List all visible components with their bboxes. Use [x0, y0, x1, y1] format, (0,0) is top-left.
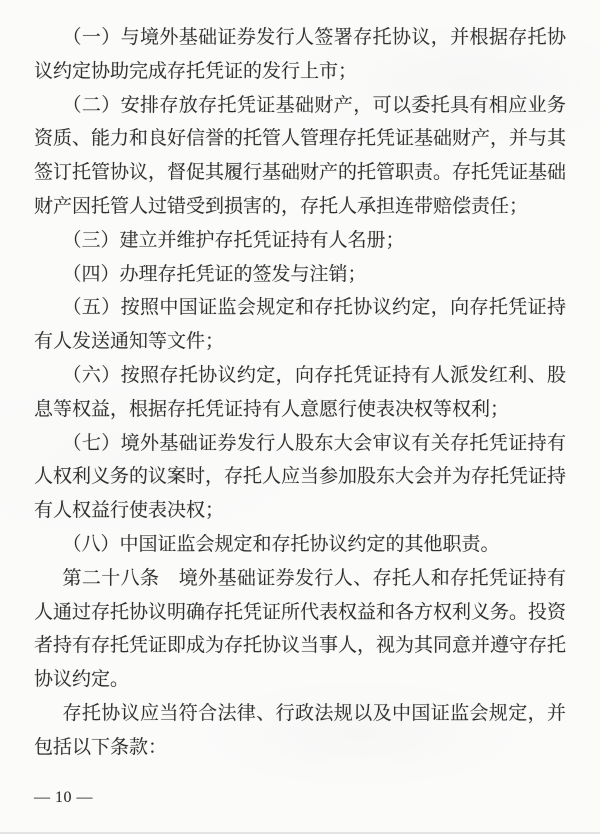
- paragraph-item-7: （七）境外基础证券发行人股东大会审议有关存托凭证持有人权利义务的议案时，存托人应…: [34, 427, 566, 528]
- paragraph-item-2: （二）安排存放存托凭证基础财产，可以委托具有相应业务资质、能力和良好信誉的托管人…: [34, 89, 566, 224]
- paragraph-item-5: （五）按照中国证监会规定和存托协议约定，向存托凭证持有人发送通知等文件；: [34, 291, 566, 359]
- paragraph-deposit-agreement-intro: 存托协议应当符合法律、行政法规以及中国证监会规定，并包括以下条款：: [34, 697, 566, 765]
- paragraph-item-6: （六）按照存托协议约定，向存托凭证持有人派发红利、股息等权益，根据存托凭证持有人…: [34, 359, 566, 427]
- paragraph-item-4: （四）办理存托凭证的签发与注销；: [34, 258, 566, 292]
- paragraph-article-28: 第二十八条 境外基础证券发行人、存托人和存托凭证持有人通过存托协议明确存托凭证所…: [34, 562, 566, 697]
- paragraph-item-1: （一）与境外基础证券发行人签署存托协议，并根据存托协议约定协助完成存托凭证的发行…: [34, 21, 566, 89]
- document-page: （一）与境外基础证券发行人签署存托协议，并根据存托协议约定协助完成存托凭证的发行…: [0, 0, 600, 834]
- paragraph-item-3: （三）建立并维护存托凭证持有人名册；: [34, 224, 566, 258]
- paragraph-item-8: （八）中国证监会规定和存托协议约定的其他职责。: [34, 528, 566, 562]
- document-body: （一）与境外基础证券发行人签署存托协议，并根据存托协议约定协助完成存托凭证的发行…: [34, 21, 566, 765]
- page-number: — 10 —: [34, 789, 93, 807]
